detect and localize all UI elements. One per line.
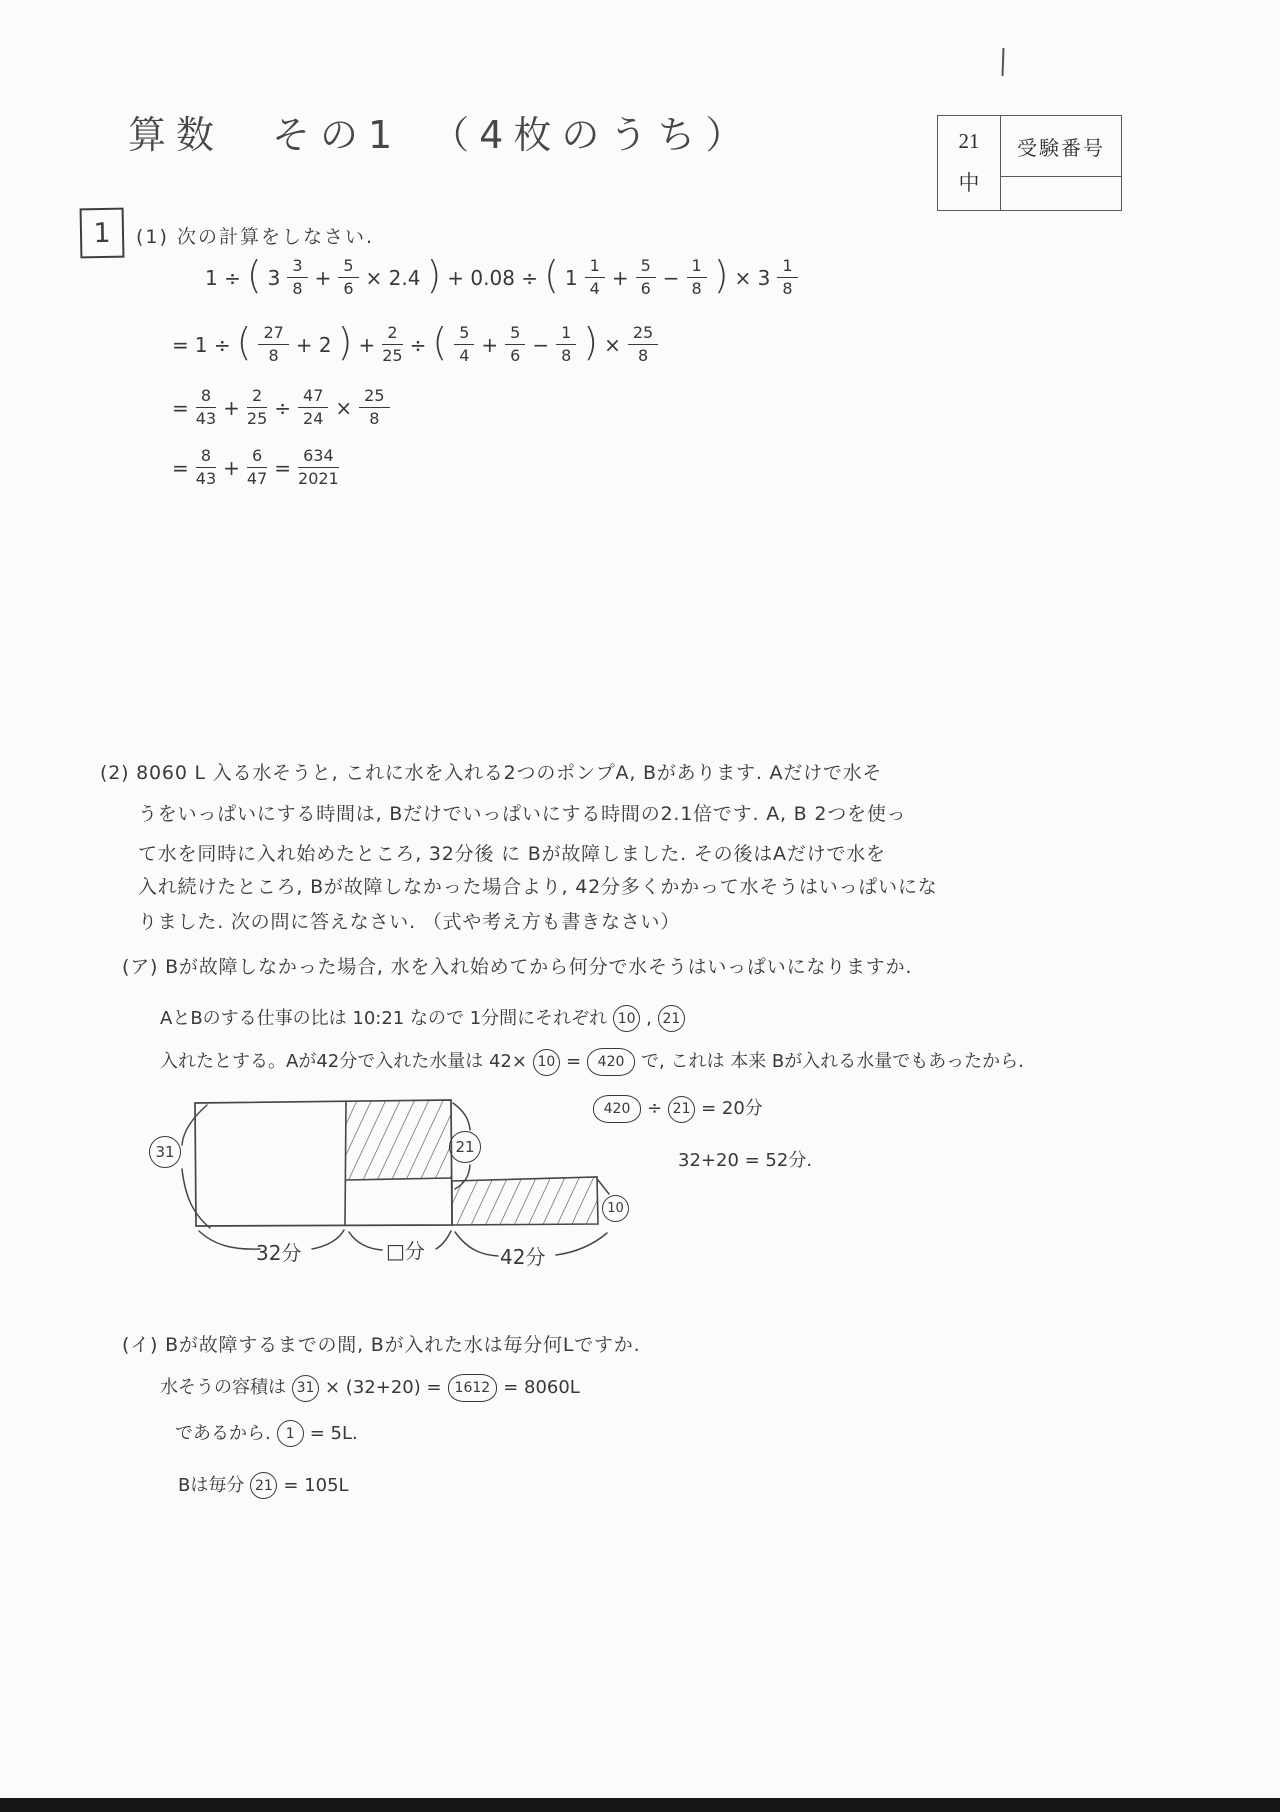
fraction: 258: [359, 388, 389, 427]
parenthesis: (: [432, 325, 447, 359]
part-a-question: (ア) Bが故障しなかった場合, 水を入れ始めてから何分で水そうはいっぱいになり…: [122, 952, 912, 979]
math-text: ÷: [274, 396, 291, 420]
circled-number: 21: [250, 1472, 277, 1499]
math-text: で, これは 本来 Bが入れる水量でもあったから.: [641, 1051, 1024, 1073]
math-text: AとBのする仕事の比は 10:21 なので 1分間にそれぞれ: [160, 1008, 607, 1030]
parenthesis: (: [237, 325, 252, 359]
math-text: 水そうの容積は: [160, 1377, 286, 1399]
problem-2-line-3: て水を同時に入れ始めたところ, 32分後 に Bが故障しました. その後はAだけ…: [138, 839, 886, 866]
fraction: 6342021: [298, 448, 339, 487]
fraction: 258: [628, 325, 658, 364]
fraction: 56: [338, 258, 358, 297]
fraction: 843: [196, 388, 216, 427]
calc-expression-line-2: =1 ÷(278+ 2)+225÷(54+56−18)×258: [172, 325, 659, 364]
math-text: = 8060L: [503, 1377, 580, 1399]
water-tank-diagram: 31 21 10 32分 □分 42分: [120, 1085, 640, 1285]
scan-edge-band: [0, 1798, 1280, 1812]
math-text: +: [612, 266, 629, 290]
diagram-ratio-21-circle: 21: [449, 1131, 481, 1163]
parenthesis: (: [247, 258, 262, 292]
fraction: 4724: [298, 388, 328, 427]
math-text: Bは毎分: [178, 1475, 244, 1497]
exam-sheet: 算数 その1 （4枚のうち） 21 中 受験番号 1 (1) 次の計算をしなさい…: [0, 0, 1280, 1812]
examinee-number-box: 21 中 受験番号: [937, 115, 1122, 211]
circled-number: 1612: [448, 1374, 498, 1402]
fraction: 18: [556, 325, 576, 364]
fraction: 843: [196, 448, 216, 487]
circled-number: 21: [658, 1005, 685, 1032]
math-text: +: [481, 333, 498, 357]
math-text: ×: [335, 396, 352, 420]
math-text: = 105L: [283, 1475, 348, 1497]
diagram-ratio-10-circle: 10: [602, 1195, 629, 1222]
math-text: × 3: [735, 266, 771, 290]
part-b-work-line-1: 水そうの容積は31× (32+20) =1612= 8060L: [160, 1374, 580, 1402]
part-1-instruction: (1) 次の計算をしなさい.: [136, 222, 374, 249]
fraction: 14: [585, 258, 605, 297]
exam-school-mark: 中: [959, 167, 980, 197]
math-text: 入れたとする。Aが42分で入れた水量は 42×: [160, 1051, 527, 1073]
parenthesis: ): [426, 258, 441, 292]
math-text: =: [274, 456, 291, 480]
circled-number: 420: [587, 1048, 635, 1076]
calc-expression-line-4: =843+647=6342021: [172, 448, 340, 487]
math-text: + 0.08 ÷: [447, 266, 538, 290]
problem-1-number: 1: [93, 217, 111, 248]
examinee-number-label: 受験番号: [1001, 116, 1121, 177]
diagram-label-32min: 32分: [256, 1237, 301, 1266]
diagram-label-unknown-min: □分: [386, 1235, 425, 1264]
math-text: =: [172, 456, 189, 480]
fraction: 225: [247, 388, 267, 427]
part-a-work-line-1: AとBのする仕事の比は 10:21 なので 1分間にそれぞれ10,21: [160, 1005, 685, 1032]
math-text: = 5L.: [310, 1423, 358, 1445]
diagram-drawing: [120, 1085, 640, 1285]
part-a-calc-line-2: 32+20 = 52分.: [678, 1150, 812, 1172]
fraction: 56: [505, 325, 525, 364]
fraction: 56: [636, 258, 656, 297]
math-text: 3: [268, 266, 281, 290]
fraction: 278: [258, 325, 288, 364]
math-text: +: [315, 266, 332, 290]
math-text: 32+20 = 52分.: [678, 1150, 812, 1172]
circled-number: 1: [277, 1420, 304, 1447]
math-text: =: [172, 333, 189, 357]
circled-number: 10: [533, 1049, 560, 1076]
math-text: =: [172, 396, 189, 420]
fraction: 647: [247, 448, 267, 487]
math-text: 1: [565, 266, 578, 290]
math-text: −: [532, 333, 549, 357]
parenthesis: ): [338, 325, 353, 359]
page-title: 算数 その1 （4枚のうち）: [128, 104, 753, 159]
parenthesis: ): [583, 325, 598, 359]
fraction: 18: [687, 258, 707, 297]
part-b-question: (イ) Bが故障するまでの間, Bが入れた水は毎分何Lですか.: [122, 1330, 640, 1357]
math-text: +: [223, 456, 240, 480]
circled-number: 31: [292, 1375, 319, 1402]
fraction: 38: [287, 258, 307, 297]
problem-2-line-1: (2) 8060 L 入る水そうと, これに水を入れる2つのポンプA, Bがあり…: [100, 758, 882, 785]
corner-tick-mark: [1002, 48, 1005, 76]
calc-expression-line-1: 1 ÷(338+56× 2.4)+ 0.08 ÷(114+56−18)× 318: [205, 258, 799, 297]
parenthesis: ): [714, 258, 729, 292]
math-text: 1 ÷: [205, 266, 241, 290]
circled-number: 21: [668, 1096, 695, 1123]
math-text: ×: [604, 333, 621, 357]
problem-2-line-4: 入れ続けたところ, Bが故障しなかった場合より, 42分多くかかって水そうはいっ…: [138, 872, 938, 899]
math-text: ÷: [410, 333, 427, 357]
calc-expression-line-3: =843+225÷4724×258: [172, 388, 391, 427]
examinee-number-blank-cell: [1001, 177, 1121, 210]
math-text: × (32+20) =: [325, 1377, 442, 1399]
problem-1-number-box: 1: [80, 208, 125, 259]
math-text: = 20分: [701, 1098, 763, 1120]
fraction: 54: [454, 325, 474, 364]
fraction: 18: [777, 258, 797, 297]
diagram-ratio-31-circle: 31: [149, 1136, 181, 1168]
exam-grade: 21: [959, 129, 980, 154]
math-text: ,: [646, 1008, 652, 1030]
parenthesis: (: [544, 258, 559, 292]
math-text: =: [566, 1051, 581, 1073]
math-text: +: [223, 396, 240, 420]
math-text: ÷: [647, 1098, 662, 1120]
math-text: であるから.: [175, 1423, 271, 1445]
circled-number: 10: [613, 1005, 640, 1032]
math-text: −: [663, 266, 680, 290]
exam-box-left-column: 21 中: [938, 116, 1001, 210]
math-text: 1 ÷: [195, 333, 231, 357]
fraction: 225: [382, 325, 402, 364]
problem-2-line-5: りました. 次の問に答えなさい. （式や考え方も書きなさい）: [138, 907, 680, 934]
problem-2-line-2: うをいっぱいにする時間は, Bだけでいっぱいにする時間の2.1倍です. A, B…: [138, 799, 906, 826]
part-a-work-line-2: 入れたとする。Aが42分で入れた水量は 42×10=420で, これは 本来 B…: [160, 1048, 1024, 1076]
math-text: + 2: [296, 333, 332, 357]
math-text: × 2.4: [366, 266, 421, 290]
part-b-work-line-3: Bは毎分21= 105L: [178, 1472, 349, 1499]
part-b-work-line-2: であるから.1= 5L.: [175, 1420, 358, 1447]
diagram-label-42min: 42分: [500, 1241, 545, 1270]
math-text: +: [358, 333, 375, 357]
exam-box-right-column: 受験番号: [1001, 116, 1121, 210]
